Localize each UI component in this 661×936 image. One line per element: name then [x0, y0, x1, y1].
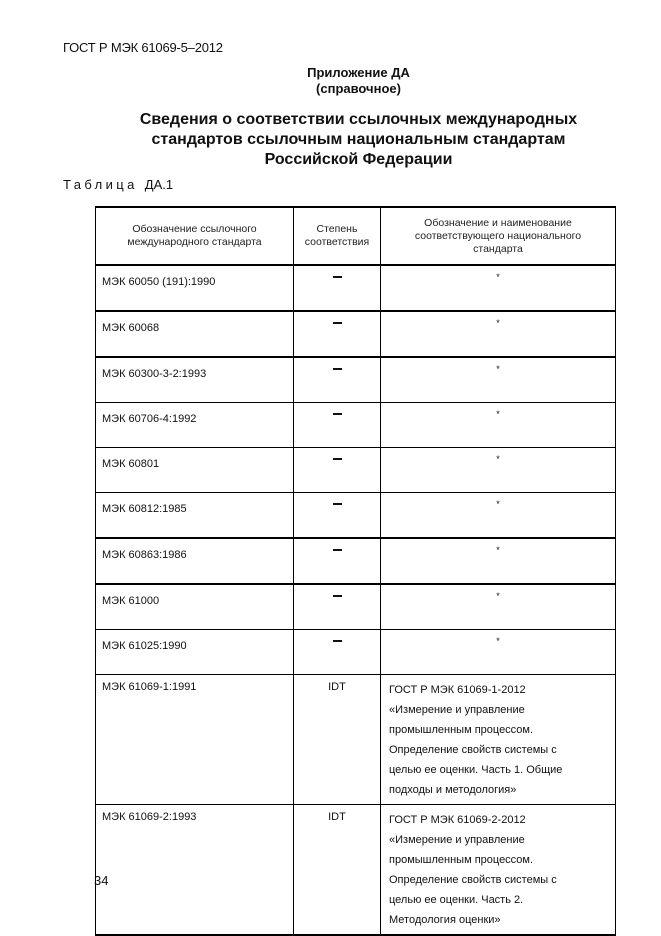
national-standard-line: Методология оценки»	[389, 910, 609, 930]
asterisk-footnote-mark: *	[496, 591, 500, 601]
standards-correspondence-table: Обозначение ссылочного международного ст…	[95, 206, 616, 936]
section-title-line: стандартов ссылочным национальным станда…	[28, 130, 661, 150]
cell-international-standard: МЭК 60300-3-2:1993	[96, 357, 294, 403]
section-title-line: Сведения о соответствии ссылочных междун…	[28, 110, 661, 130]
asterisk-footnote-mark: *	[496, 272, 500, 282]
table-row: МЭК 61000*	[96, 584, 616, 630]
national-standard-line: подходы и методология»	[389, 780, 609, 800]
annex-title: Приложение ДА	[28, 65, 661, 80]
section-title-line: Российской Федерации	[28, 150, 661, 170]
national-standard-line: «Измерение и управление	[389, 700, 609, 720]
cell-national-standard: *	[381, 265, 616, 311]
national-standard-line: «Измерение и управление	[389, 830, 609, 850]
column-header-line: Обозначение и наименование	[381, 217, 615, 230]
document-code: ГОСТ Р МЭК 61069-5–2012	[63, 40, 223, 55]
dash-mark	[333, 503, 342, 505]
column-header-national: Обозначение и наименование соответствующ…	[381, 207, 616, 265]
column-header-degree: Степень соответствия	[294, 207, 381, 265]
asterisk-footnote-mark: *	[496, 409, 500, 419]
national-standard-line: промышленным процессом.	[389, 850, 609, 870]
cell-degree	[294, 538, 381, 584]
cell-international-standard: МЭК 61069-1:1991	[96, 675, 294, 805]
asterisk-footnote-mark: *	[496, 499, 500, 509]
section-title: Сведения о соответствии ссылочных междун…	[28, 110, 661, 170]
cell-international-standard: МЭК 60050 (191):1990	[96, 265, 294, 311]
cell-national-standard: *	[381, 493, 616, 539]
table-label: Таблица ДА.1	[63, 177, 173, 192]
cell-degree: IDT	[294, 805, 381, 936]
national-standard-line: Определение свойств системы с	[389, 870, 609, 890]
column-header-line: Обозначение ссылочного	[96, 223, 293, 236]
national-standard-line: целью ее оценки. Часть 1. Общие	[389, 760, 609, 780]
cell-international-standard: МЭК 60706-4:1992	[96, 403, 294, 448]
asterisk-footnote-mark: *	[496, 318, 500, 328]
cell-international-standard: МЭК 60812:1985	[96, 493, 294, 539]
table-label-number: ДА.1	[145, 177, 173, 192]
cell-national-standard: *	[381, 403, 616, 448]
cell-degree	[294, 357, 381, 403]
cell-national-standard: *	[381, 630, 616, 675]
page-number: 34	[94, 873, 108, 888]
dash-mark	[333, 549, 342, 551]
cell-degree	[294, 311, 381, 357]
asterisk-footnote-mark: *	[496, 636, 500, 646]
dash-mark	[333, 322, 342, 324]
cell-degree	[294, 493, 381, 539]
dash-mark	[333, 368, 342, 370]
cell-international-standard: МЭК 60863:1986	[96, 538, 294, 584]
annex-subtitle: (справочное)	[28, 81, 661, 96]
cell-degree: IDT	[294, 675, 381, 805]
cell-international-standard: МЭК 61069-2:1993	[96, 805, 294, 936]
cell-national-standard: *	[381, 584, 616, 630]
table-row: МЭК 60050 (191):1990*	[96, 265, 616, 311]
asterisk-footnote-mark: *	[496, 364, 500, 374]
column-header-line: соответствующего национального	[381, 230, 615, 243]
national-standard-line: ГОСТ Р МЭК 61069-2-2012	[389, 810, 609, 830]
dash-mark	[333, 640, 342, 642]
table-row: МЭК 60801*	[96, 448, 616, 493]
cell-international-standard: МЭК 60801	[96, 448, 294, 493]
column-header-international: Обозначение ссылочного международного ст…	[96, 207, 294, 265]
national-standard-line: Определение свойств системы с	[389, 740, 609, 760]
table-header-row: Обозначение ссылочного международного ст…	[96, 207, 616, 265]
table-row: МЭК 61025:1990*	[96, 630, 616, 675]
asterisk-footnote-mark: *	[496, 454, 500, 464]
table-row: МЭК 60300-3-2:1993*	[96, 357, 616, 403]
cell-degree	[294, 265, 381, 311]
column-header-line: соответствия	[294, 236, 380, 249]
dash-mark	[333, 413, 342, 415]
cell-international-standard: МЭК 61025:1990	[96, 630, 294, 675]
national-standard-line: промышленным процессом.	[389, 720, 609, 740]
table-row: МЭК 61069-1:1991IDTГОСТ Р МЭК 61069-1-20…	[96, 675, 616, 805]
cell-national-standard: ГОСТ Р МЭК 61069-1-2012«Измерение и упра…	[381, 675, 616, 805]
national-standard-line: целью ее оценки. Часть 2.	[389, 890, 609, 910]
cell-degree	[294, 584, 381, 630]
column-header-line: международного стандарта	[96, 236, 293, 249]
cell-national-standard: *	[381, 538, 616, 584]
cell-international-standard: МЭК 60068	[96, 311, 294, 357]
dash-mark	[333, 276, 342, 278]
asterisk-footnote-mark: *	[496, 545, 500, 555]
cell-national-standard: *	[381, 357, 616, 403]
column-header-line: стандарта	[381, 243, 615, 256]
cell-national-standard: ГОСТ Р МЭК 61069-2-2012«Измерение и упра…	[381, 805, 616, 936]
national-standard-line: ГОСТ Р МЭК 61069-1-2012	[389, 680, 609, 700]
cell-international-standard: МЭК 61000	[96, 584, 294, 630]
cell-national-standard: *	[381, 448, 616, 493]
dash-mark	[333, 595, 342, 597]
table-row: МЭК 60863:1986*	[96, 538, 616, 584]
table-row: МЭК 60068*	[96, 311, 616, 357]
cell-degree	[294, 403, 381, 448]
dash-mark	[333, 458, 342, 460]
table-row: МЭК 60706-4:1992*	[96, 403, 616, 448]
table-label-word: Таблица	[63, 177, 138, 192]
cell-degree	[294, 448, 381, 493]
table-row: МЭК 60812:1985*	[96, 493, 616, 539]
cell-degree	[294, 630, 381, 675]
table-row: МЭК 61069-2:1993IDTГОСТ Р МЭК 61069-2-20…	[96, 805, 616, 936]
cell-national-standard: *	[381, 311, 616, 357]
column-header-line: Степень	[294, 223, 380, 236]
